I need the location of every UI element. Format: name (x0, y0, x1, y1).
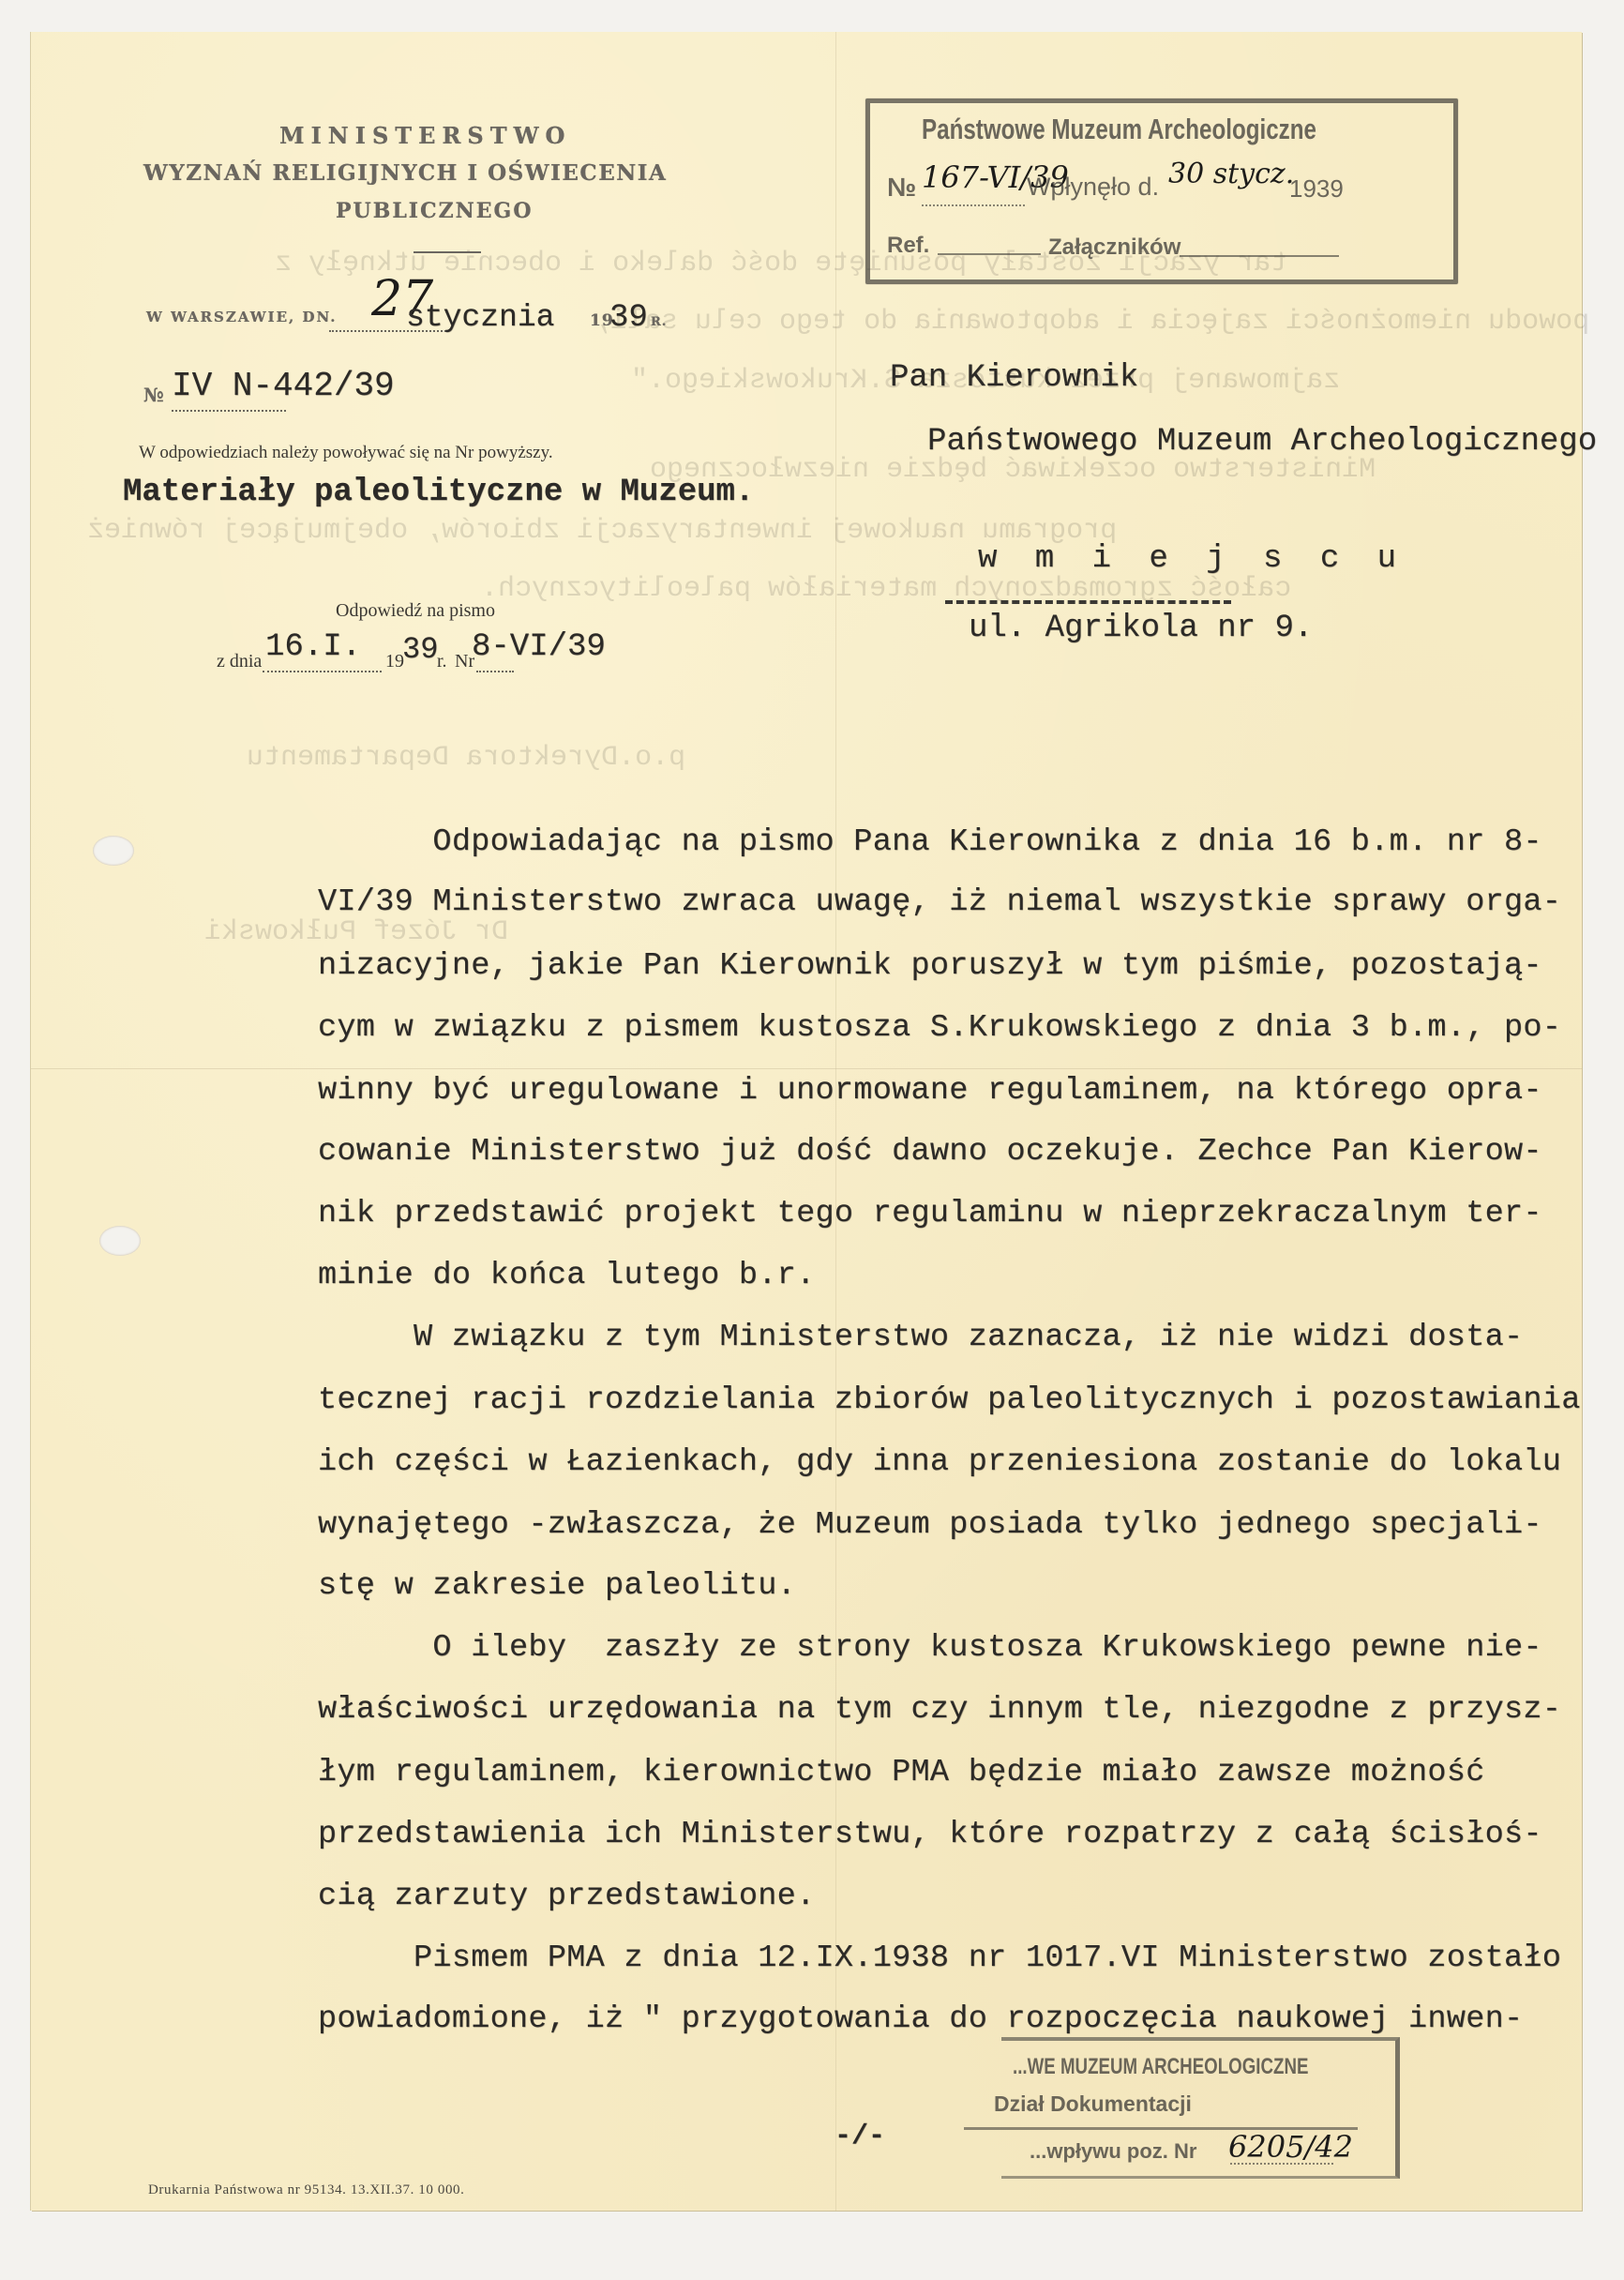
document-page: tar yzacji zostały posunięte dość daleko… (31, 32, 1582, 2211)
reply-to-label: Odpowiedź na pismo (336, 600, 495, 622)
letterhead-line-2: WYZNAŃ RELIGIJNYCH I OŚWIECENIA (143, 160, 667, 186)
addressee-line-2: Państwowego Muzeum Archeologicznego (927, 424, 1597, 460)
body-line: cym w związku z pismem kustosza S.Krukow… (318, 1010, 1561, 1046)
body-line: stę w zakresie paleolitu. (318, 1568, 796, 1604)
body-line: ich części w Łazienkach, gdy inna przeni… (318, 1444, 1561, 1480)
body-line: W związku z tym Ministerstwo zaznacza, i… (318, 1320, 1523, 1355)
body-line: łym regulaminem, kierownictwo PMA będzie… (318, 1755, 1485, 1790)
receipt-received-handwritten: 30 stycz. (1168, 158, 1294, 190)
reference-instruction: W odpowiedziach należy powoływać się na … (139, 443, 553, 463)
addressee-line-3: w m i e j s c u (978, 541, 1406, 577)
receipt-stamp-number-label: № (887, 173, 916, 203)
letterhead-line-1: MINISTERSTWO (279, 122, 571, 149)
body-line: Pismem PMA z dnia 12.IX.1938 nr 1017.VI … (318, 1940, 1561, 1976)
reference-value: IV N-442/39 (172, 367, 395, 405)
letterhead-rule (414, 251, 481, 253)
archive-stamp-department: Dział Dokumentacji (994, 2091, 1192, 2117)
archive-stamp-entry-label: ...wpływu poz. Nr (1030, 2139, 1196, 2164)
body-line: właściwości urzędowania na tym czy innym… (318, 1692, 1561, 1728)
addressee-underline (945, 600, 1231, 604)
receipt-received-year: 1939 (1289, 174, 1344, 204)
reply-year-unit: r. (437, 651, 447, 672)
body-line: nizacyjne, jakie Pan Kierownik poruszył … (318, 948, 1542, 984)
body-line: O ileby zaszły ze strony kustosza Krukow… (318, 1630, 1542, 1666)
letterhead-line-3: PUBLICZNEGO (336, 199, 533, 223)
body-line: VI/39 Ministerstwo zwraca uwagę, iż niem… (318, 884, 1561, 920)
receipt-attachments-line (1180, 255, 1339, 257)
date-year-suffix: 39 (609, 300, 648, 336)
body-line: przedstawienia ich Ministerstwu, które r… (318, 1817, 1542, 1852)
number-sign: № (143, 384, 164, 406)
body-line: tecznej racji rozdzielania zbiorów paleo… (318, 1382, 1581, 1418)
date-month: stycznia (406, 300, 554, 335)
punch-hole-bottom (99, 1226, 141, 1256)
date-year-unit: R. (651, 315, 667, 329)
receipt-stamp-institution: Państwowe Muzeum Archeologiczne (922, 113, 1316, 146)
bleed-through-line: programu naukowej inwentaryzacji zbiorów… (87, 515, 1117, 547)
addressee-line-1: Pan Kierownik (890, 360, 1138, 396)
reply-nr-dots (476, 671, 514, 672)
receipt-received-label: Wpłynęło d. (1027, 173, 1159, 202)
receipt-ref-label: Ref. (887, 233, 929, 259)
receipt-stamp: Państwowe Muzeum Archeologiczne № 167-VI… (865, 98, 1458, 284)
body-line: Odpowiadając na pismo Pana Kierownika z … (318, 824, 1542, 860)
reply-date-dots (263, 671, 382, 672)
body-line: nik przedstawić projekt tego regulaminu … (318, 1196, 1542, 1231)
reply-nr-value: 8-VI/39 (472, 629, 606, 665)
body-line: minie do końca lutego b.r. (318, 1258, 816, 1293)
receipt-ref-line (938, 253, 1041, 255)
crease-line (835, 32, 836, 2211)
body-line: wynajętego -zwłaszcza, że Muzeum posiada… (318, 1507, 1542, 1543)
bleed-through-line: p.o.Dyrektora Departamentu (247, 742, 685, 774)
fold-line (31, 1068, 1582, 1069)
body-line: cowanie Ministerstwo już dość dawno ocze… (318, 1134, 1542, 1170)
reply-year-suffix: 39 (402, 632, 438, 667)
body-line: powiadomione, iż " przygotowania do rozp… (318, 2001, 1523, 2037)
page-continuation-marker: -/- (835, 2121, 885, 2152)
subject-line: Materiały paleolityczne w Muzeum. (123, 475, 754, 510)
reply-year-prefix: 19 (385, 651, 404, 672)
reply-date-value: 16.I. (265, 629, 361, 665)
bleed-through-line: Dr Józef Pułkowski (204, 916, 508, 948)
receipt-attachments-label: Załączników (1048, 234, 1180, 261)
reply-date-label: z dnia (217, 651, 262, 672)
body-line: cią zarzuty przedstawione. (318, 1879, 816, 1914)
archive-stamp-institution: ...WE MUZEUM ARCHEOLOGICZNE (1013, 2054, 1308, 2080)
addressee-line-4: ul. Agrikola nr 9. (969, 611, 1313, 646)
body-line: winny być uregulowane i unormowane regul… (318, 1073, 1542, 1109)
archive-stamp: ...WE MUZEUM ARCHEOLOGICZNE Dział Dokume… (1001, 2037, 1400, 2179)
archive-entry-handwritten: 6205/42 (1228, 2129, 1353, 2165)
place-label: W WARSZAWIE, DN. (146, 309, 337, 325)
reference-dots (172, 410, 286, 412)
punch-hole-top (93, 836, 134, 866)
printer-imprint: Drukarnia Państwowa nr 95134. 13.XII.37.… (148, 2182, 465, 2198)
receipt-number-dots (922, 204, 1025, 206)
bleed-through-line: powodu niemożności zajęcia i adoptowania… (594, 306, 1589, 338)
